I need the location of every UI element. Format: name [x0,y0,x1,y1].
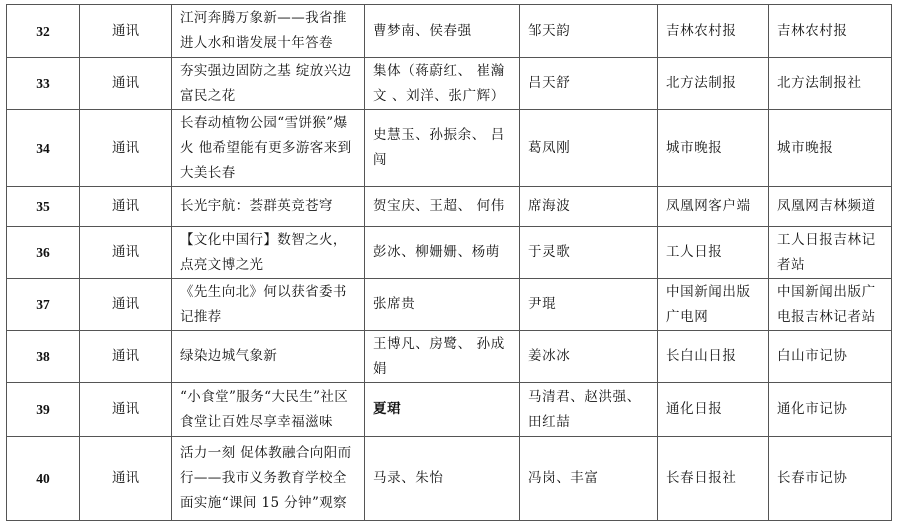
entry-publisher: 通化日报 [658,383,769,437]
entry-title: 长光宇航：荟群英竞苍穹 [172,187,365,227]
entry-number: 38 [7,331,80,383]
entry-recommender: 凤凰网吉林频道 [769,187,892,227]
entry-type: 通讯 [80,187,172,227]
entry-recommender: 通化市记协 [769,383,892,437]
entry-title: 夯实强边固防之基 绽放兴边富民之花 [172,58,365,110]
entry-type: 通讯 [80,437,172,521]
entry-title: 《先生向北》何以获省委书记推荐 [172,279,365,331]
entry-number: 40 [7,437,80,521]
entry-editor: 于灵歌 [520,227,658,279]
entry-type: 通讯 [80,5,172,58]
entry-publisher: 中国新闻出版广电网 [658,279,769,331]
table-row: 33 通讯 夯实强边固防之基 绽放兴边富民之花 集体（蒋蔚红、 崔瀚文 、刘洋、… [7,58,892,110]
entry-recommender: 中国新闻出版广电报吉林记者站 [769,279,892,331]
table-row: 40 通讯 活力一刻 促体教融合向阳而行——我市义务教育学校全面实施“课间 15… [7,437,892,521]
entry-authors: 马录、朱怡 [365,437,520,521]
entry-recommender: 北方法制报社 [769,58,892,110]
entry-number: 34 [7,110,80,187]
entry-number: 32 [7,5,80,58]
entry-number: 35 [7,187,80,227]
entry-type: 通讯 [80,383,172,437]
entry-recommender: 城市晚报 [769,110,892,187]
entry-number: 36 [7,227,80,279]
table-row: 38 通讯 绿染边城气象新 王博凡、房鹭、 孙成娟 姜冰冰 长白山日报 白山市记… [7,331,892,383]
entry-publisher: 城市晚报 [658,110,769,187]
entry-editor: 姜冰冰 [520,331,658,383]
entry-authors: 夏珺 [365,383,520,437]
entry-publisher: 凤凰网客户端 [658,187,769,227]
entry-type: 通讯 [80,279,172,331]
entry-editor: 葛凤刚 [520,110,658,187]
entry-editor: 吕天舒 [520,58,658,110]
table-row: 35 通讯 长光宇航：荟群英竞苍穹 贺宝庆、王超、 何伟 席海波 凤凰网客户端 … [7,187,892,227]
entry-publisher: 北方法制报 [658,58,769,110]
entry-authors: 张席贵 [365,279,520,331]
entry-authors: 曹梦南、侯春强 [365,5,520,58]
entry-publisher: 长白山日报 [658,331,769,383]
entry-authors: 史慧玉、孙振余、 吕闯 [365,110,520,187]
awards-table: 32 通讯 江河奔腾万象新——我省推进人水和谐发展十年答卷 曹梦南、侯春强 邹天… [6,4,892,521]
entry-type: 通讯 [80,331,172,383]
entry-authors: 集体（蒋蔚红、 崔瀚文 、刘洋、张广辉） [365,58,520,110]
entry-title: 江河奔腾万象新——我省推进人水和谐发展十年答卷 [172,5,365,58]
entry-publisher: 工人日报 [658,227,769,279]
entry-recommender: 长春市记协 [769,437,892,521]
entry-title: 绿染边城气象新 [172,331,365,383]
entry-type: 通讯 [80,227,172,279]
table-row: 39 通讯 “小食堂”服务“大民生”社区食堂让百姓尽享幸福滋味 夏珺 马清君、赵… [7,383,892,437]
table-row: 34 通讯 长春动植物公园“雪饼猴”爆火 他希望能有更多游客来到大美长春 史慧玉… [7,110,892,187]
entry-editor: 尹琨 [520,279,658,331]
entry-authors: 王博凡、房鹭、 孙成娟 [365,331,520,383]
entry-title: 【文化中国行】数智之火，点亮文博之光 [172,227,365,279]
entry-editor: 邹天韵 [520,5,658,58]
entry-publisher: 长春日报社 [658,437,769,521]
entry-number: 37 [7,279,80,331]
table-row: 32 通讯 江河奔腾万象新——我省推进人水和谐发展十年答卷 曹梦南、侯春强 邹天… [7,5,892,58]
entry-editor: 冯岗、丰富 [520,437,658,521]
table-row: 36 通讯 【文化中国行】数智之火，点亮文博之光 彭冰、柳姗姗、杨萌 于灵歌 工… [7,227,892,279]
table-row: 37 通讯 《先生向北》何以获省委书记推荐 张席贵 尹琨 中国新闻出版广电网 中… [7,279,892,331]
entry-recommender: 白山市记协 [769,331,892,383]
entry-type: 通讯 [80,110,172,187]
entry-number: 33 [7,58,80,110]
entry-authors: 贺宝庆、王超、 何伟 [365,187,520,227]
entry-number: 39 [7,383,80,437]
entry-type: 通讯 [80,58,172,110]
entry-editor: 席海波 [520,187,658,227]
entry-recommender: 工人日报吉林记者站 [769,227,892,279]
entry-recommender: 吉林农村报 [769,5,892,58]
entry-title: 活力一刻 促体教融合向阳而行——我市义务教育学校全面实施“课间 15 分钟”观察 [172,437,365,521]
entry-title: 长春动植物公园“雪饼猴”爆火 他希望能有更多游客来到大美长春 [172,110,365,187]
entry-title: “小食堂”服务“大民生”社区食堂让百姓尽享幸福滋味 [172,383,365,437]
entry-publisher: 吉林农村报 [658,5,769,58]
entry-editor: 马清君、赵洪强、田红喆 [520,383,658,437]
entry-authors: 彭冰、柳姗姗、杨萌 [365,227,520,279]
